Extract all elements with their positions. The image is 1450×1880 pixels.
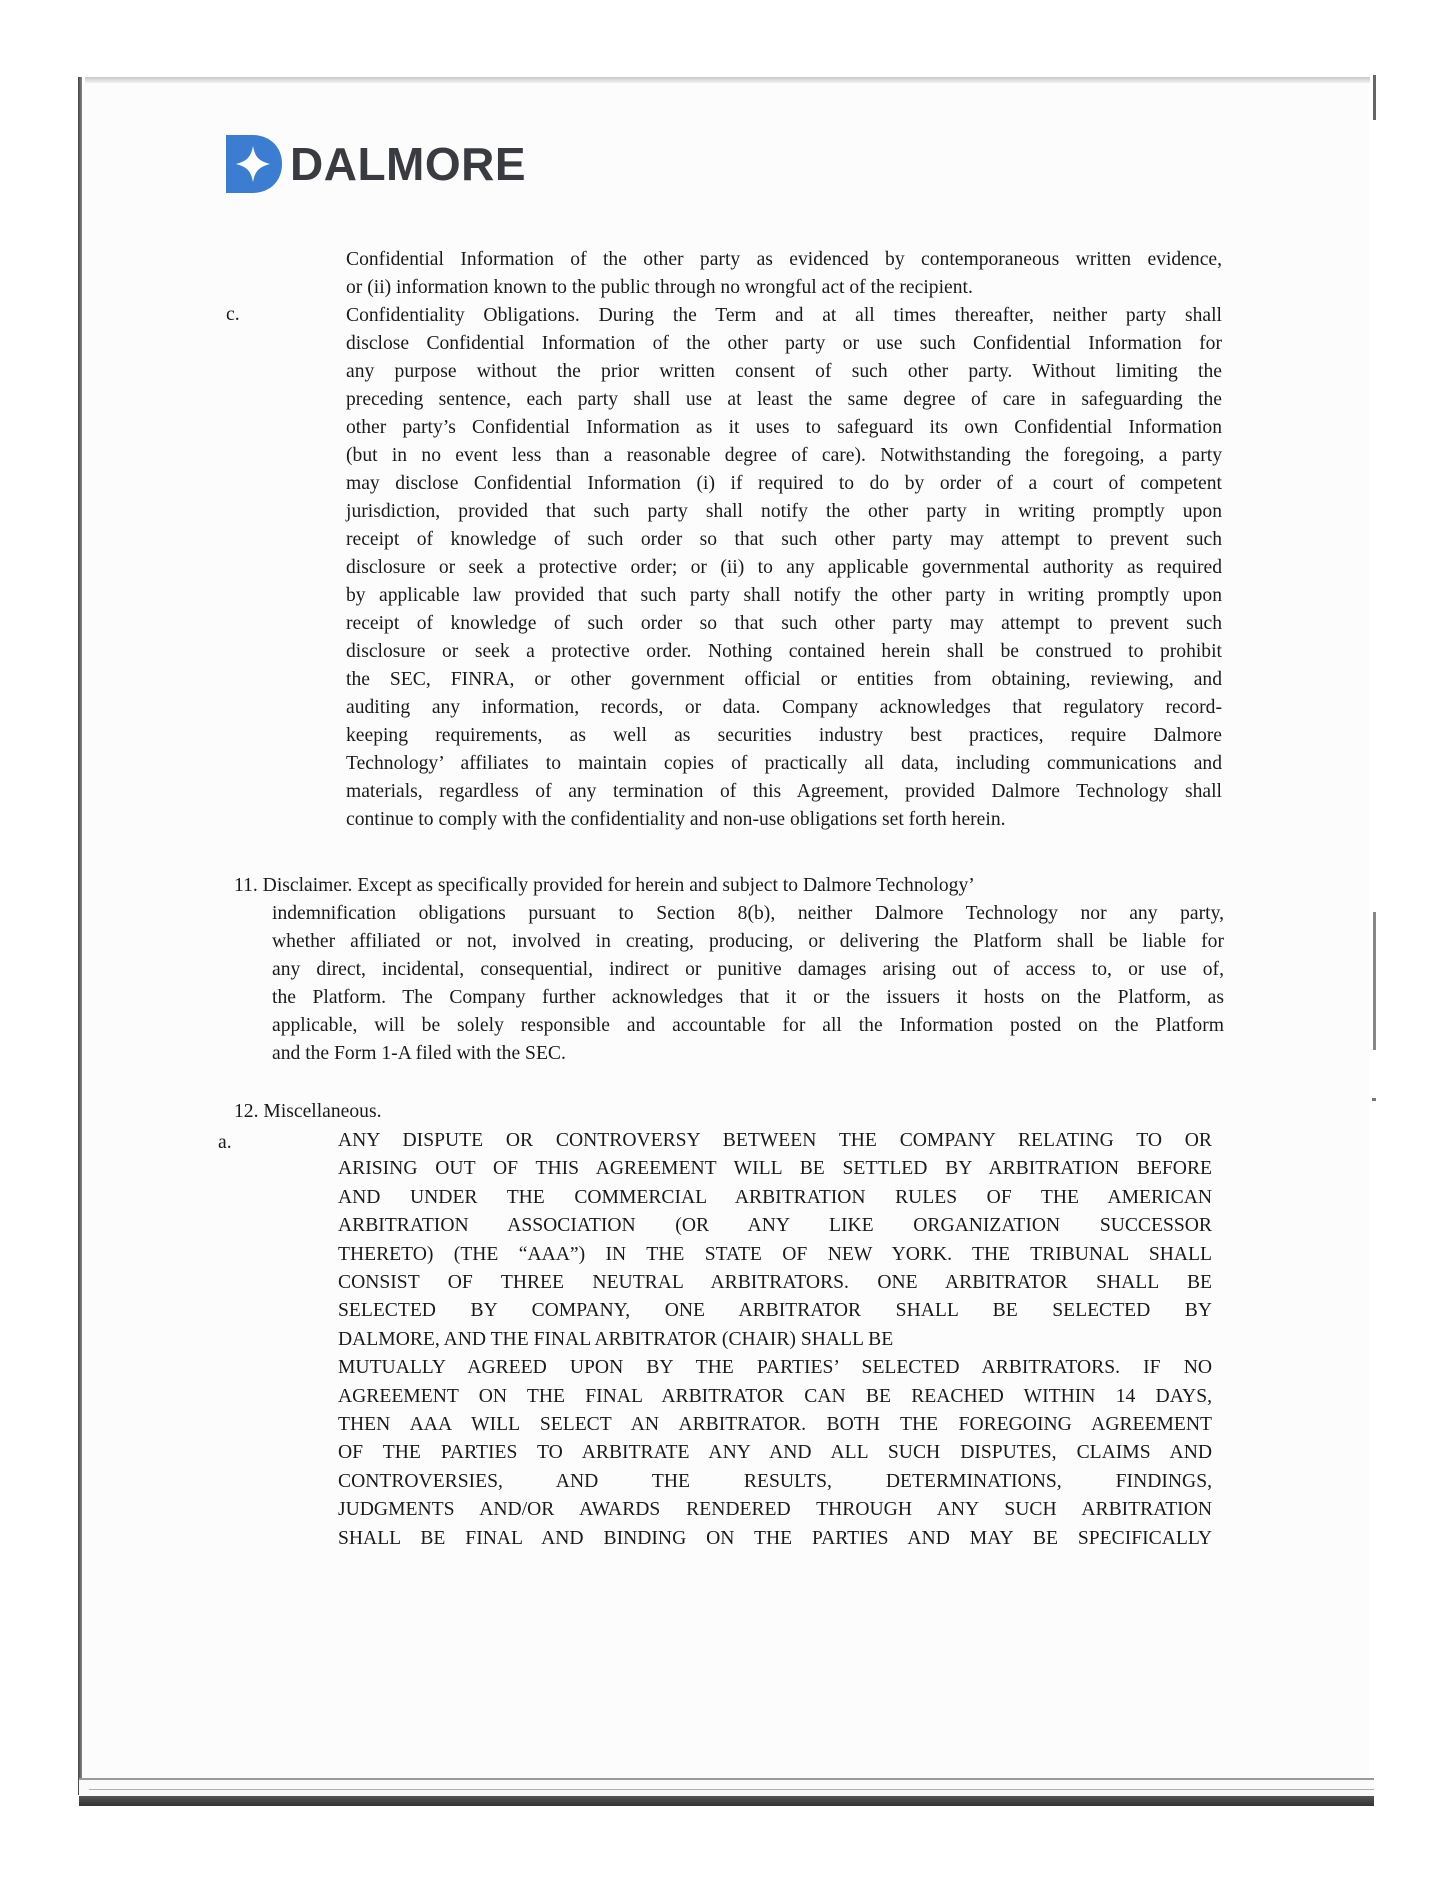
brand-name: DALMORE xyxy=(290,141,526,187)
text-line: OF THE PARTIES TO ARBITRATE ANY AND ALL … xyxy=(338,1439,1212,1467)
text-line: JUDGMENTS AND/OR AWARDS RENDERED THROUGH… xyxy=(338,1496,1212,1524)
text-line: CONSIST OF THREE NEUTRAL ARBITRATORS. ON… xyxy=(338,1269,1212,1297)
text-line: Confidentiality Obligations. During the … xyxy=(346,302,1222,330)
text-line: SHALL BE FINAL AND BINDING ON THE PARTIE… xyxy=(338,1525,1212,1553)
page-left-edge xyxy=(78,77,82,1795)
text-line: the SEC, FINRA, or other government offi… xyxy=(346,666,1222,694)
clause-c-label: c. xyxy=(226,301,240,329)
text-line: jurisdiction, provided that such party s… xyxy=(346,498,1222,526)
text-line: SELECTED BY COMPANY, ONE ARBITRATOR SHAL… xyxy=(338,1297,1212,1325)
text-line: THERETO) (THE “AAA”) IN THE STATE OF NEW… xyxy=(338,1241,1212,1269)
clause-c-body: Confidential Information of the other pa… xyxy=(346,246,1222,834)
section-11-body: indemnification obligations pursuant to … xyxy=(272,900,1224,1068)
text-line: by applicable law provided that such par… xyxy=(346,582,1222,610)
text-line: other party’s Confidential Information a… xyxy=(346,414,1222,442)
page-bottom-shadow xyxy=(79,1796,1374,1806)
text-line: disclosure or seek a protective order. N… xyxy=(346,638,1222,666)
text-line: ARISING OUT OF THIS AGREEMENT WILL BE SE… xyxy=(338,1155,1212,1183)
text-line: THEN AAA WILL SELECT AN ARBITRATOR. BOTH… xyxy=(338,1411,1212,1439)
text-line: receipt of knowledge of such order so th… xyxy=(346,610,1222,638)
text-line: applicable, will be solely responsible a… xyxy=(272,1012,1224,1040)
section-11-first-line: Disclaimer. Except as specifically provi… xyxy=(263,875,975,896)
text-line: CONTROVERSIES, AND THE RESULTS, DETERMIN… xyxy=(338,1468,1212,1496)
dalmore-logo-mark-icon xyxy=(226,135,282,193)
text-line: DALMORE, AND THE FINAL ARBITRATOR (CHAIR… xyxy=(338,1326,1212,1354)
text-line: auditing any information, records, or da… xyxy=(346,694,1222,722)
text-line: disclose Confidential Information of the… xyxy=(346,330,1222,358)
text-line: receipt of knowledge of such order so th… xyxy=(346,526,1222,554)
text-line: the Platform. The Company further acknow… xyxy=(272,984,1224,1012)
text-line: Confidential Information of the other pa… xyxy=(346,246,1222,274)
text-line: ARBITRATION ASSOCIATION (OR ANY LIKE ORG… xyxy=(338,1212,1212,1240)
text-line: any purpose without the prior written co… xyxy=(346,358,1222,386)
text-line: ANY DISPUTE OR CONTROVERSY BETWEEN THE C… xyxy=(338,1127,1212,1155)
text-line: preceding sentence, each party shall use… xyxy=(346,386,1222,414)
clause-a-label: a. xyxy=(218,1129,232,1157)
page-bottom-fold xyxy=(79,1778,1374,1798)
text-line: any direct, incidental, consequential, i… xyxy=(272,956,1224,984)
section-11-heading-line: 11. Disclaimer. Except as specifically p… xyxy=(234,872,975,900)
text-line: and the Form 1-A filed with the SEC. xyxy=(272,1040,1224,1068)
clause-a-body: ANY DISPUTE OR CONTROVERSY BETWEEN THE C… xyxy=(338,1127,1212,1553)
text-line: may disclose Confidential Information (i… xyxy=(346,470,1222,498)
page-top-edge xyxy=(85,77,1370,83)
page-right-edge-mark xyxy=(1373,912,1376,1050)
text-line: AND UNDER THE COMMERCIAL ARBITRATION RUL… xyxy=(338,1184,1212,1212)
text-line: MUTUALLY AGREED UPON BY THE PARTIES’ SEL… xyxy=(338,1354,1212,1382)
section-12-heading: 12. Miscellaneous. xyxy=(234,1098,381,1126)
text-line: or (ii) information known to the public … xyxy=(346,274,1222,302)
page-right-edge-mark xyxy=(1373,75,1376,120)
text-line: (but in no event less than a reasonable … xyxy=(346,442,1222,470)
text-line: AGREEMENT ON THE FINAL ARBITRATOR CAN BE… xyxy=(338,1383,1212,1411)
dalmore-logo: DALMORE xyxy=(226,135,526,193)
page-right-edge-mark xyxy=(1372,1098,1376,1101)
text-line: materials, regardless of any termination… xyxy=(346,778,1222,806)
text-line: Technology’ affiliates to maintain copie… xyxy=(346,750,1222,778)
text-line: whether affiliated or not, involved in c… xyxy=(272,928,1224,956)
text-line: indemnification obligations pursuant to … xyxy=(272,900,1224,928)
text-line: keeping requirements, as well as securit… xyxy=(346,722,1222,750)
text-line: disclosure or seek a protective order; o… xyxy=(346,554,1222,582)
section-11-number: 11. xyxy=(234,875,258,896)
text-line: continue to comply with the confidential… xyxy=(346,806,1222,834)
